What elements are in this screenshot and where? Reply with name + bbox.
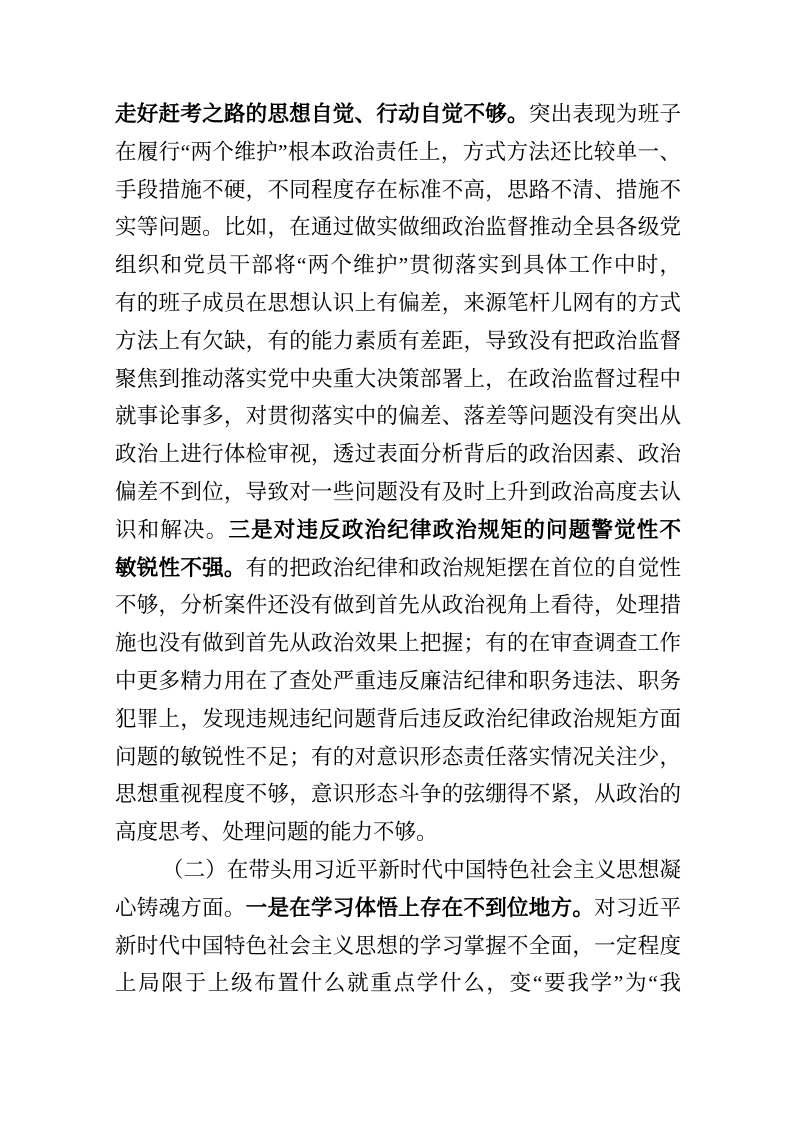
body-text: 就事论事多，对贯彻落实中的偏差、落差等问题没有突出从 — [115, 404, 681, 428]
body-text: 新时代中国特色社会主义思想的学习掌握不全面，一定程度 — [115, 934, 681, 958]
body-text: （二）在带头用习近平新时代中国特色社会主义思想凝 — [162, 858, 681, 882]
text-line: 实等问题。比如，在通过做实做细政治监督推动全县各级党 — [115, 209, 681, 247]
text-line: 高度思考、处理问题的能力不够。 — [115, 814, 681, 852]
text-line: 组织和党员干部将“两个维护”贯彻落实到具体工作中时， — [115, 247, 681, 285]
text-line: 心铸魂方面。一是在学习体悟上存在不到位地方。对习近平 — [115, 890, 681, 928]
text-line: 敏锐性不强。有的把政治纪律和政治规矩摆在首位的自觉性 — [115, 550, 681, 588]
body-text: 犯罪上，发现违规违纪问题背后违反政治纪律政治规矩方面 — [115, 707, 681, 731]
body-text: 方法上有欠缺，有的能力素质有差距，导致没有把政治监督 — [115, 329, 681, 353]
body-text: 上局限于上级布置什么就重点学什么，变“要我学”为“我 — [115, 971, 681, 995]
text-line: 偏差不到位，导致对一些问题没有及时上升到政治高度去认 — [115, 474, 681, 512]
text-line: 施也没有做到首先从政治效果上把握；有的在审查调查工作 — [115, 625, 681, 663]
body-text: 有的班子成员在思想认识上有偏差，来源笔杆儿网有的方式 — [115, 291, 681, 315]
body-text: 政治上进行体检审视，透过表面分析背后的政治因素、政治 — [115, 442, 681, 466]
body-text: 识和解决。 — [115, 518, 228, 542]
body-text: 高度思考、处理问题的能力不够。 — [115, 820, 438, 844]
body-text: 有的把政治纪律和政治规矩摆在首位的自觉性 — [246, 556, 681, 580]
text-line: 手段措施不硬，不同程度存在标准不高，思路不清、措施不 — [115, 172, 681, 210]
text-line: 聚焦到推动落实党中央重大决策部署上，在政治监督过程中 — [115, 361, 681, 399]
body-text: 问题的敏锐性不足；有的对意识形态责任落实情况关注少， — [115, 745, 681, 769]
text-line: 中更多精力用在了查处严重违反廉洁纪律和职务违法、职务 — [115, 663, 681, 701]
text-line: 走好赶考之路的思想自觉、行动自觉不够。突出表现为班子 — [115, 96, 681, 134]
body-text: 偏差不到位，导致对一些问题没有及时上升到政治高度去认 — [115, 480, 681, 504]
text-line: （二）在带头用习近平新时代中国特色社会主义思想凝 — [115, 852, 681, 890]
document-text: 走好赶考之路的思想自觉、行动自觉不够。突出表现为班子在履行“两个维护”根本政治责… — [115, 96, 681, 1003]
text-line: 有的班子成员在思想认识上有偏差，来源笔杆儿网有的方式 — [115, 285, 681, 323]
body-text: 在履行“两个维护”根本政治责任上，方式方法还比较单一、 — [115, 140, 681, 164]
body-text: 聚焦到推动落实党中央重大决策部署上，在政治监督过程中 — [115, 367, 681, 391]
body-text: 思想重视程度不够，意识形态斗争的弦绷得不紧，从政治的 — [115, 782, 681, 806]
document-page: 走好赶考之路的思想自觉、行动自觉不够。突出表现为班子在履行“两个维护”根本政治责… — [0, 0, 793, 1122]
body-text: 手段措施不硬，不同程度存在标准不高，思路不清、措施不 — [115, 178, 681, 202]
text-line: 政治上进行体检审视，透过表面分析背后的政治因素、政治 — [115, 436, 681, 474]
text-line: 上局限于上级布置什么就重点学什么，变“要我学”为“我 — [115, 965, 681, 1003]
text-line: 思想重视程度不够，意识形态斗争的弦绷得不紧，从政治的 — [115, 776, 681, 814]
emphasis-text: 走好赶考之路的思想自觉、行动自觉不够。 — [115, 102, 529, 126]
body-text: 突出表现为班子 — [529, 102, 681, 126]
body-text: 不够，分析案件还没有做到首先从政治视角上看待，处理措 — [115, 593, 681, 617]
text-line: 在履行“两个维护”根本政治责任上，方式方法还比较单一、 — [115, 134, 681, 172]
text-line: 问题的敏锐性不足；有的对意识形态责任落实情况关注少， — [115, 739, 681, 777]
body-text: 实等问题。比如，在通过做实做细政治监督推动全县各级党 — [115, 215, 681, 239]
text-line: 识和解决。三是对违反政治纪律政治规矩的问题警觉性不高、 — [115, 512, 681, 550]
text-line: 犯罪上，发现违规违纪问题背后违反政治纪律政治规矩方面 — [115, 701, 681, 739]
text-line: 不够，分析案件还没有做到首先从政治视角上看待，处理措 — [115, 587, 681, 625]
emphasis-text: 一是在学习体悟上存在不到位地方。 — [246, 896, 594, 920]
body-text: 施也没有做到首先从政治效果上把握；有的在审查调查工作 — [115, 631, 681, 655]
body-text: 对习近平 — [594, 896, 681, 920]
text-line: 方法上有欠缺，有的能力素质有差距，导致没有把政治监督 — [115, 323, 681, 361]
body-text: 中更多精力用在了查处严重违反廉洁纪律和职务违法、职务 — [115, 669, 681, 693]
emphasis-text: 敏锐性不强。 — [115, 556, 246, 580]
body-text: 心铸魂方面。 — [115, 896, 246, 920]
text-line: 就事论事多，对贯彻落实中的偏差、落差等问题没有突出从 — [115, 398, 681, 436]
body-text: 组织和党员干部将“两个维护”贯彻落实到具体工作中时， — [115, 253, 681, 277]
text-line: 新时代中国特色社会主义思想的学习掌握不全面，一定程度 — [115, 928, 681, 966]
